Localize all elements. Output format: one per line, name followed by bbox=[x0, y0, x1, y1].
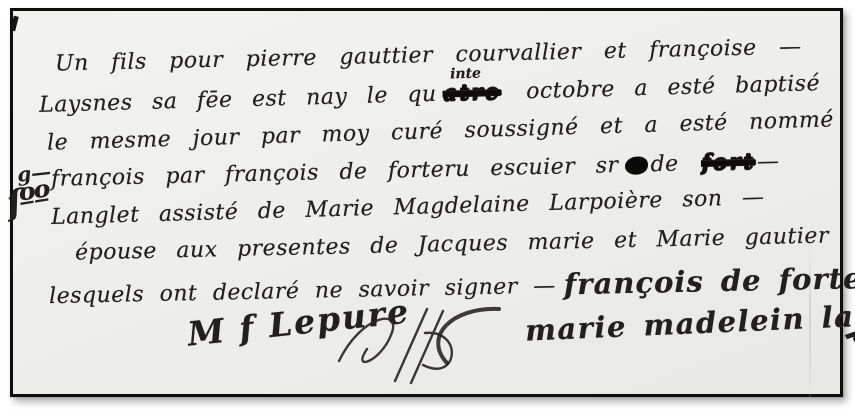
struck-word: atre bbox=[440, 79, 503, 107]
ink-stroke-arc bbox=[417, 299, 507, 374]
line-text: Laysnes sa fēe est nay le qu bbox=[39, 82, 437, 118]
line-text: octobre a esté baptisé bbox=[526, 71, 821, 104]
ink-blot bbox=[624, 156, 647, 175]
scan-frame: Un fils pour pierre gauttier courvallier… bbox=[10, 8, 843, 397]
line-text: françois par françois de forteru escuier… bbox=[51, 153, 619, 192]
signature-marie-text: marie madelein la bbox=[524, 299, 855, 347]
record-line-4: françois par françois de forteru escuier… bbox=[51, 148, 780, 192]
line-text: Un fils pour pierre gauttier courvallier… bbox=[55, 35, 802, 77]
line-text: de bbox=[650, 152, 679, 178]
line-text: Langlet assisté de Marie Magdelaine Larp… bbox=[51, 185, 765, 230]
line-text: épouse aux presentes de Jacques marie et… bbox=[75, 223, 829, 265]
document-scan: Un fils pour pierre gauttier courvallier… bbox=[0, 0, 855, 410]
record-line-3: le mesme jour par moy curé soussigné et … bbox=[47, 107, 834, 155]
correction-group: atreinte bbox=[440, 79, 503, 107]
signature-fortescu: françois de fortescu bbox=[563, 260, 855, 301]
struck-word: fort bbox=[699, 149, 758, 176]
signature-marie: marie madelein lapure bbox=[524, 296, 855, 347]
record-line-5: Langlet assisté de Marie Magdelaine Larp… bbox=[51, 185, 765, 230]
line-text: le mesme jour par moy curé soussigné et … bbox=[47, 107, 834, 155]
margin-mark-2: ſºº bbox=[4, 178, 52, 224]
inserted-word: inte bbox=[450, 66, 481, 83]
record-line-1: Un fils pour pierre gauttier courvallier… bbox=[55, 35, 802, 77]
record-line-6: épouse aux presentes de Jacques marie et… bbox=[75, 223, 829, 265]
line-text: — bbox=[757, 149, 780, 175]
scan-artifact bbox=[10, 16, 18, 32]
